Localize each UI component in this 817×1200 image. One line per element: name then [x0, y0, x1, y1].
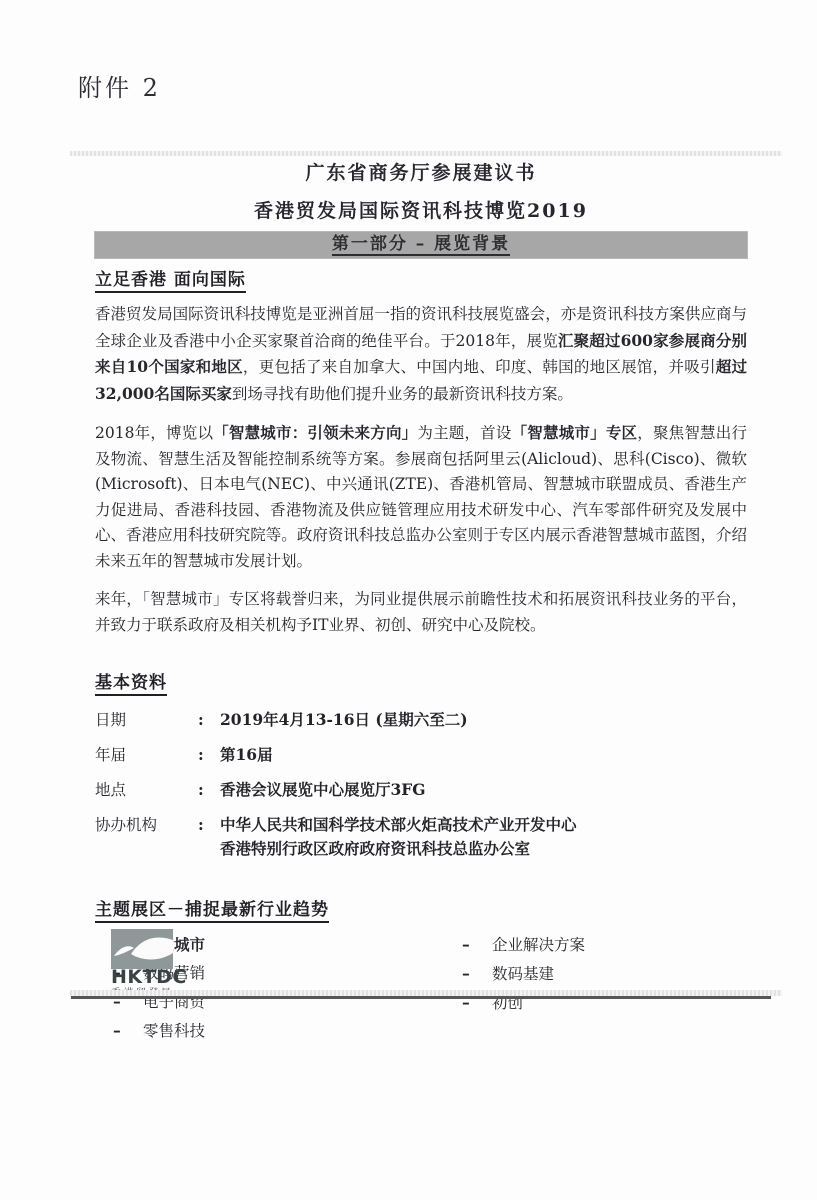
info-value: 2019年4月13-16日 (星期六至二) — [220, 708, 468, 732]
basic-info-heading: 基本资料 — [95, 668, 747, 696]
zone-item: – 数码基建 — [462, 964, 585, 984]
section-banner-title: 第一部分 – 展览背景 — [332, 235, 510, 256]
zone-item: – 企业解决方案 — [462, 935, 585, 955]
hktdc-logo-mark-icon — [111, 929, 173, 969]
info-row-edition: 年届 : 第16届 — [95, 743, 747, 767]
info-separator: : — [198, 708, 220, 732]
document-title: 广东省商务厅参展建议书 — [95, 158, 747, 185]
zone-label: 数码基建 — [492, 965, 554, 984]
document-subtitle: 香港贸发局国际资讯科技博览2019 — [95, 196, 747, 223]
info-value: 第16届 — [220, 743, 273, 767]
list-dash: – — [462, 964, 492, 983]
footer-rule — [71, 996, 771, 999]
info-row-co-organizer: 协办机构 : 中华人民共和国科学技术部火炬高技术产业开发中心 香港特别行政区政府… — [95, 813, 747, 861]
info-separator: : — [198, 743, 220, 767]
info-value: 香港会议展览中心展览厅3FG — [220, 778, 426, 802]
intro-heading-text: 立足香港 面向国际 — [95, 265, 246, 293]
info-row-venue: 地点 : 香港会议展览中心展览厅3FG — [95, 778, 747, 802]
scanned-document-page: 附件 2 广东省商务厅参展建议书 香港贸发局国际资讯科技博览2019 第一部分 … — [0, 0, 817, 1200]
info-separator: : — [198, 778, 220, 802]
basic-info-table: 日期 : 2019年4月13-16日 (星期六至二) 年届 : 第16届 地点 … — [95, 708, 747, 861]
paragraph-next-year: 来年，「智慧城市」专区将载誉归来，为同业提供展示前瞻性技术和拓展资讯科技业务的平… — [95, 587, 747, 638]
section-banner: 第一部分 – 展览背景 — [95, 232, 747, 258]
info-label: 年届 — [95, 743, 198, 767]
info-label: 地点 — [95, 778, 198, 802]
paragraph-2018-theme: 2018年，博览以「智慧城市：引领未来方向」为主题，首设「智慧城市」专区，聚焦智… — [95, 420, 747, 574]
basic-info-heading-text: 基本资料 — [95, 668, 167, 696]
zones-heading: 主题展区－捕捉最新行业趋势 — [95, 895, 747, 923]
zone-label: 企业解决方案 — [492, 936, 585, 955]
intro-heading: 立足香港 面向国际 — [95, 265, 747, 293]
scan-artifact-band-top — [70, 151, 782, 156]
info-label: 日期 — [95, 708, 198, 732]
info-separator: : — [198, 813, 220, 837]
paragraph-expo-overview: 香港贸发局国际资讯科技博览是亚洲首屈一指的资讯科技展览盛会，亦是资讯科技方案供应… — [95, 302, 747, 407]
list-dash: – — [462, 935, 492, 954]
info-value: 中华人民共和国科学技术部火炬高技术产业开发中心 香港特别行政区政府政府资讯科技总… — [220, 813, 577, 861]
list-dash: – — [113, 1021, 143, 1040]
hktdc-logo-acronym: HKTDC — [111, 968, 175, 987]
document-body: 广东省商务厅参展建议书 香港贸发局国际资讯科技博览2019 第一部分 – 展览背… — [95, 158, 747, 1050]
info-row-date: 日期 : 2019年4月13-16日 (星期六至二) — [95, 708, 747, 732]
info-label: 协办机构 — [95, 813, 198, 837]
zones-heading-text: 主题展区－捕捉最新行业趋势 — [95, 895, 329, 923]
zone-label: 零售科技 — [143, 1022, 205, 1041]
zone-item: – 零售科技 — [113, 1021, 453, 1041]
attachment-label: 附件 2 — [78, 68, 161, 103]
